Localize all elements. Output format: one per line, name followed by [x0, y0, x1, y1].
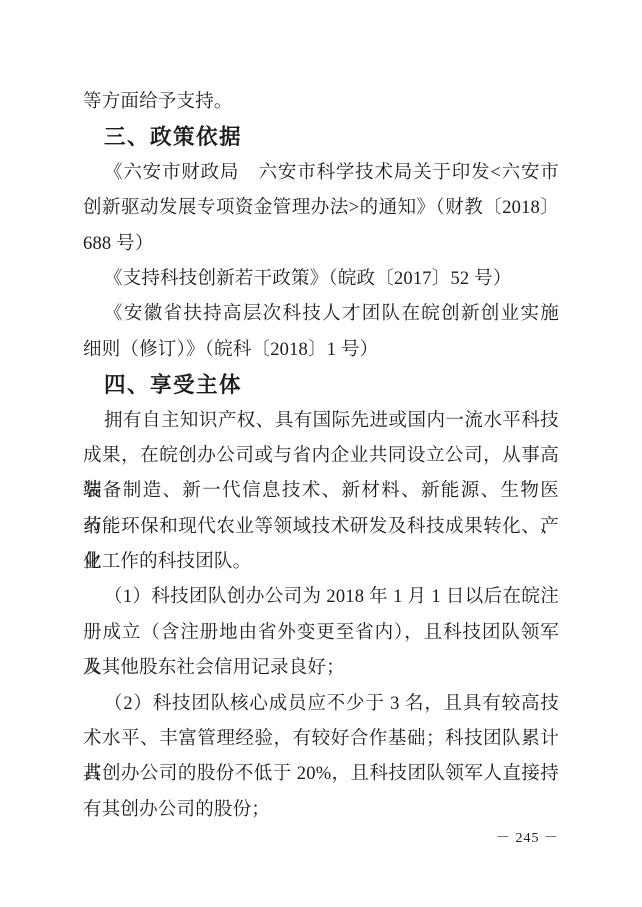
section-heading: 三、政策依据 [83, 120, 559, 155]
text-line: 等方面给予支持。 [83, 85, 559, 120]
text-line: 《六安市财政局 六安市科学技术局关于印发<六安市 [83, 156, 559, 191]
text-line: 节能环保和现代农业等领域技术研发及科技成果转化、产业 [83, 510, 559, 545]
text-line: （1）科技团队创办公司为 2018 年 1 月 1 日以后在皖注 [83, 580, 559, 615]
text-line: 688 号） [83, 227, 559, 262]
text-line: 化工作的科技团队。 [83, 545, 559, 580]
document-content: 等方面给予支持。三、政策依据《六安市财政局 六安市科学技术局关于印发<六安市创新… [83, 85, 559, 828]
document-page: 等方面给予支持。三、政策依据《六安市财政局 六安市科学技术局关于印发<六安市创新… [0, 0, 642, 907]
text-line: 术水平、丰富管理经验，有较好合作基础；科技团队累计占 [83, 722, 559, 757]
text-line: 有其创办公司的股份； [83, 793, 559, 828]
text-line: 成果，在皖创办公司或与省内企业共同设立公司，从事高端 [83, 439, 559, 474]
text-line: 册成立（含注册地由省外变更至省内），且科技团队领军人 [83, 616, 559, 651]
page-number: － 245 － [496, 831, 559, 847]
text-line: 拥有自主知识产权、具有国际先进或国内一流水平科技 [83, 404, 559, 439]
text-line: 《安徽省扶持高层次科技人才团队在皖创新创业实施 [83, 297, 559, 332]
text-line: 《支持科技创新若干政策》（皖政〔2017〕52 号） [83, 262, 559, 297]
text-line: 其创办公司的股份不低于 20%，且科技团队领军人直接持 [83, 757, 559, 792]
text-line: 及其他股东社会信用记录良好； [83, 651, 559, 686]
section-heading: 四、享受主体 [83, 368, 559, 403]
text-line: 细则（修订）》（皖科〔2018〕1 号） [83, 333, 559, 368]
text-line: 装备制造、新一代信息技术、新材料、新能源、生物医药、 [83, 474, 559, 509]
text-line: （2）科技团队核心成员应不少于 3 名，且具有较高技 [83, 687, 559, 722]
text-line: 创新驱动发展专项资金管理办法>的通知》（财教〔2018〕 [83, 191, 559, 226]
